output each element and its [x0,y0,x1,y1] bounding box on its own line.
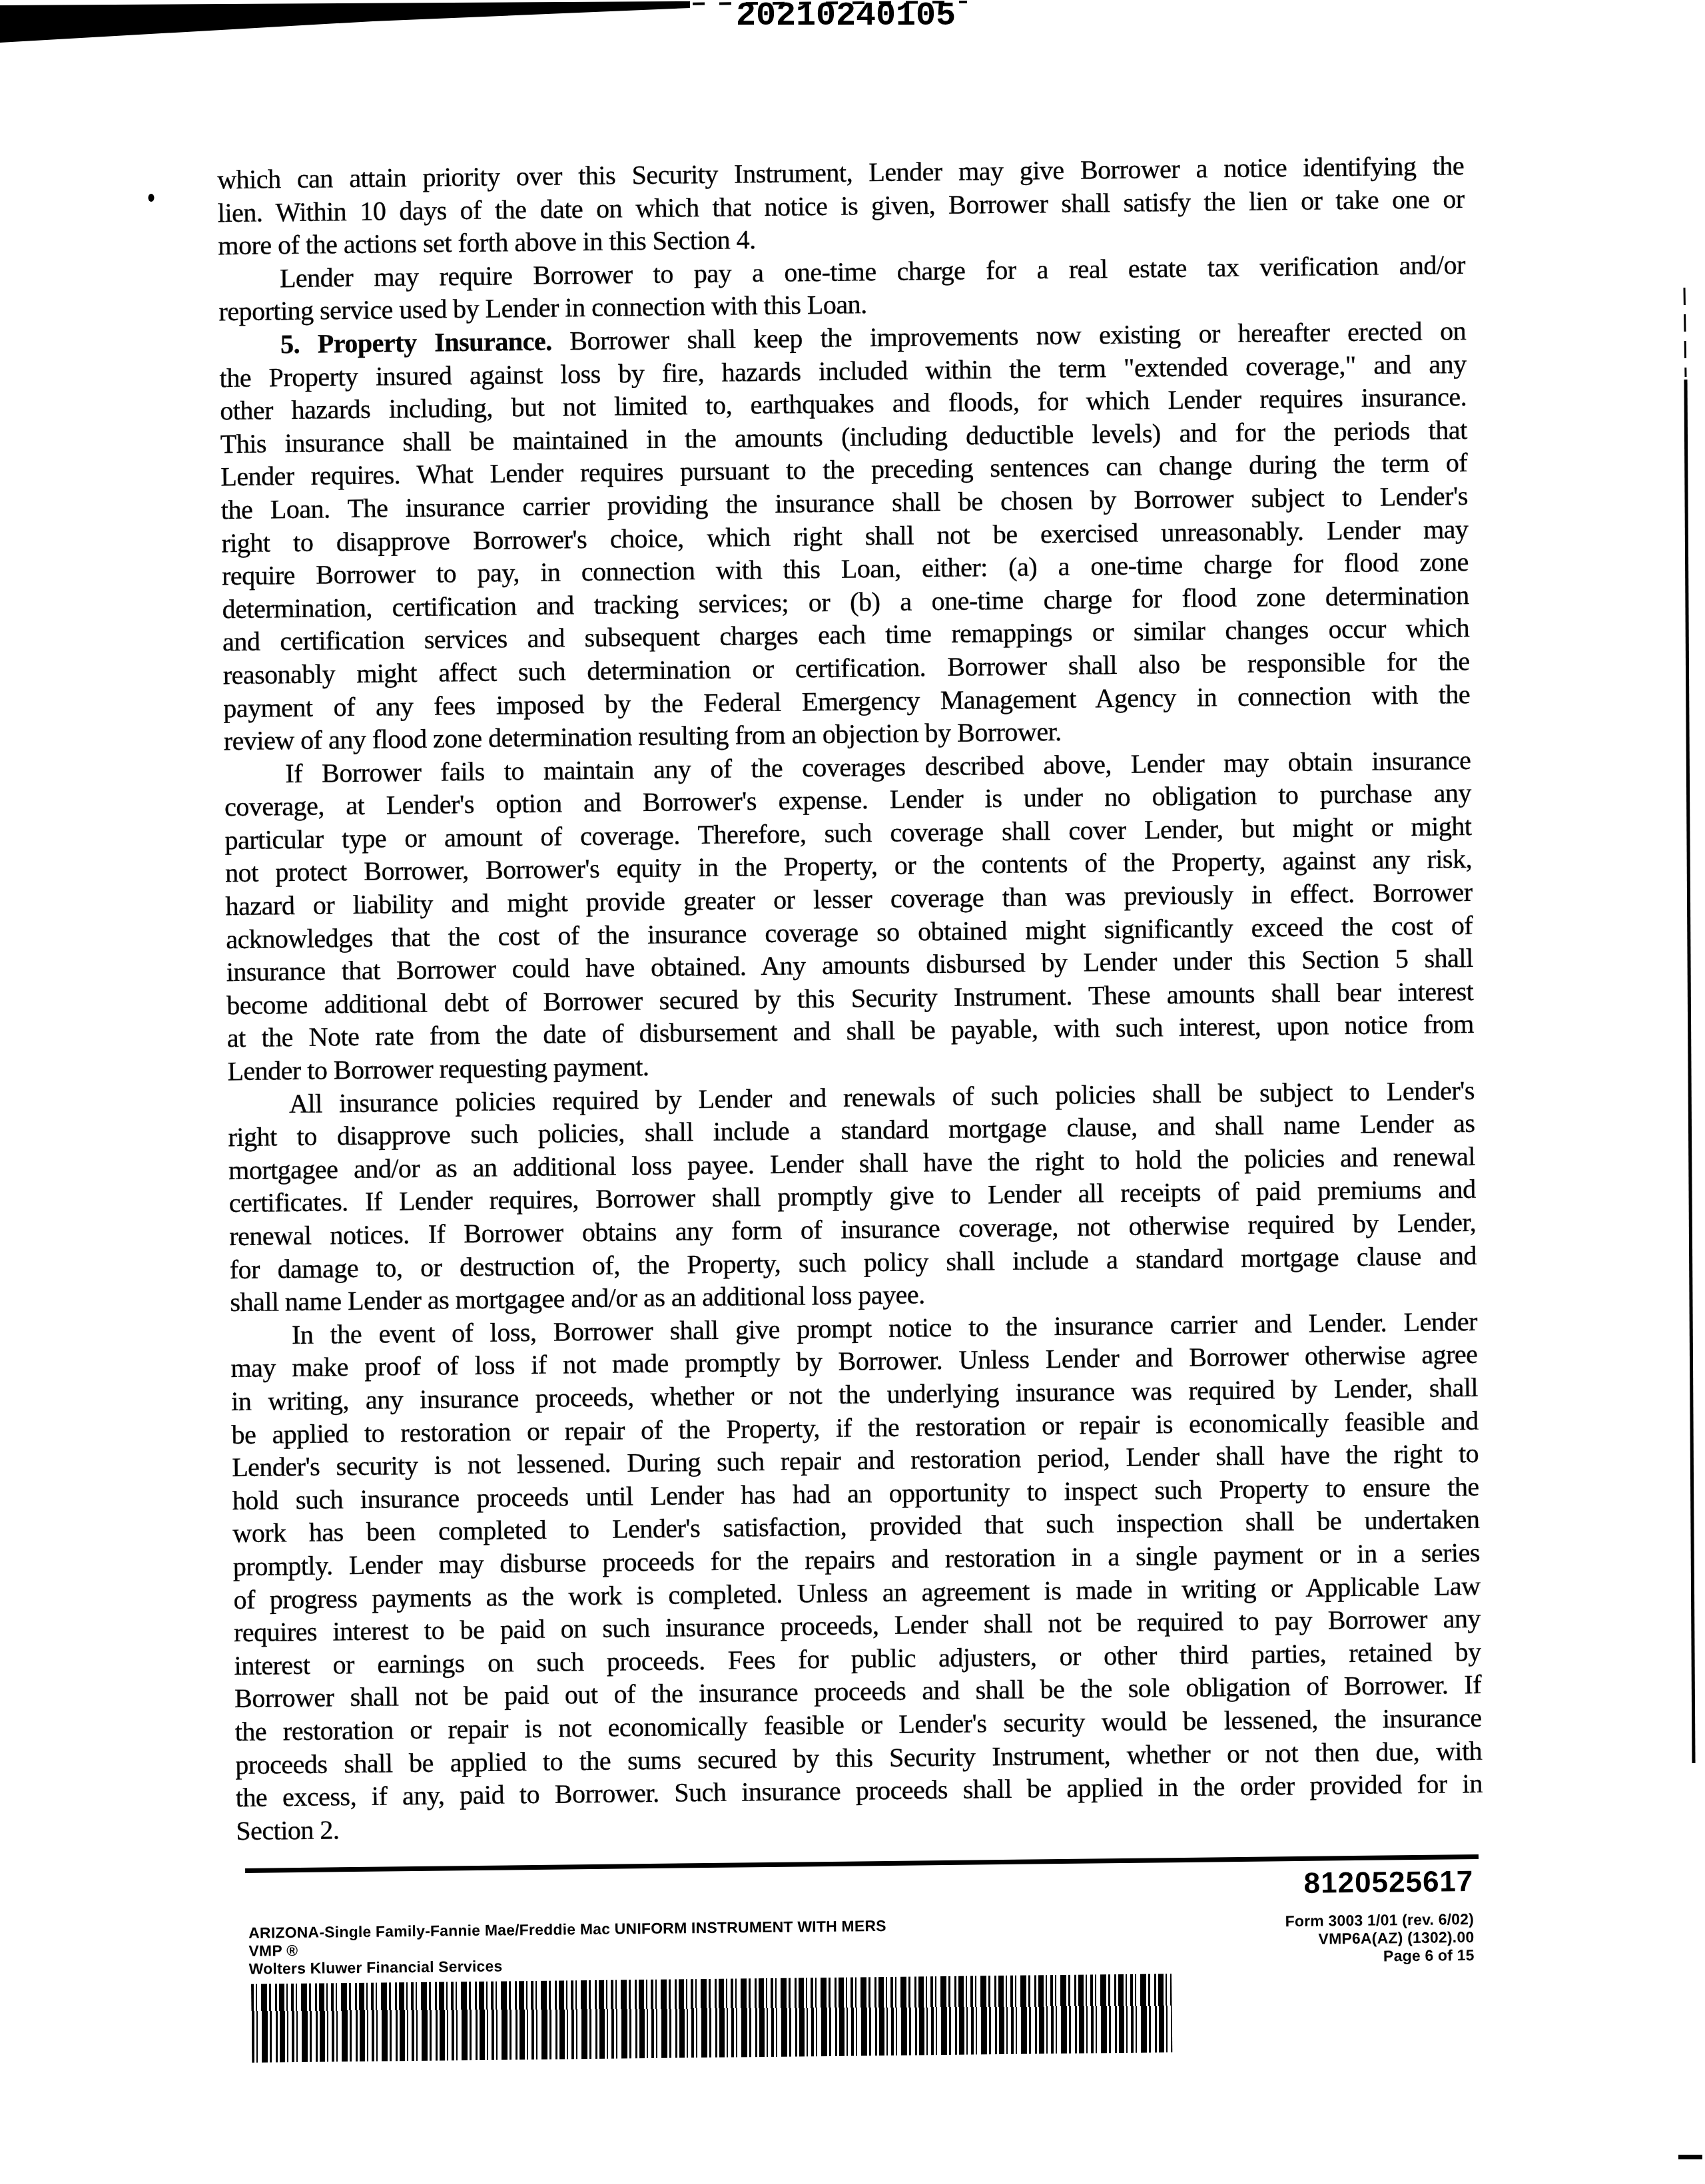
reference-number: 8120525617 [931,1866,1473,1903]
scanned-document-page: { "page": { "background": "#ffffff", "in… [0,0,1705,2184]
page-content: which can attain priority over this Secu… [0,0,1705,2184]
section-heading: 5. Property Insurance. [280,326,552,360]
barcode [251,1974,1172,2063]
footer-right-block: Form 3003 1/01 (rev. 6/02)VMP6A(AZ) (130… [932,1910,1475,1970]
body-text: which can attain priority over this Secu… [217,149,1483,1847]
footer-left-block: ARIZONA-Single Family-Fannie Mae/Freddie… [248,1917,887,1978]
